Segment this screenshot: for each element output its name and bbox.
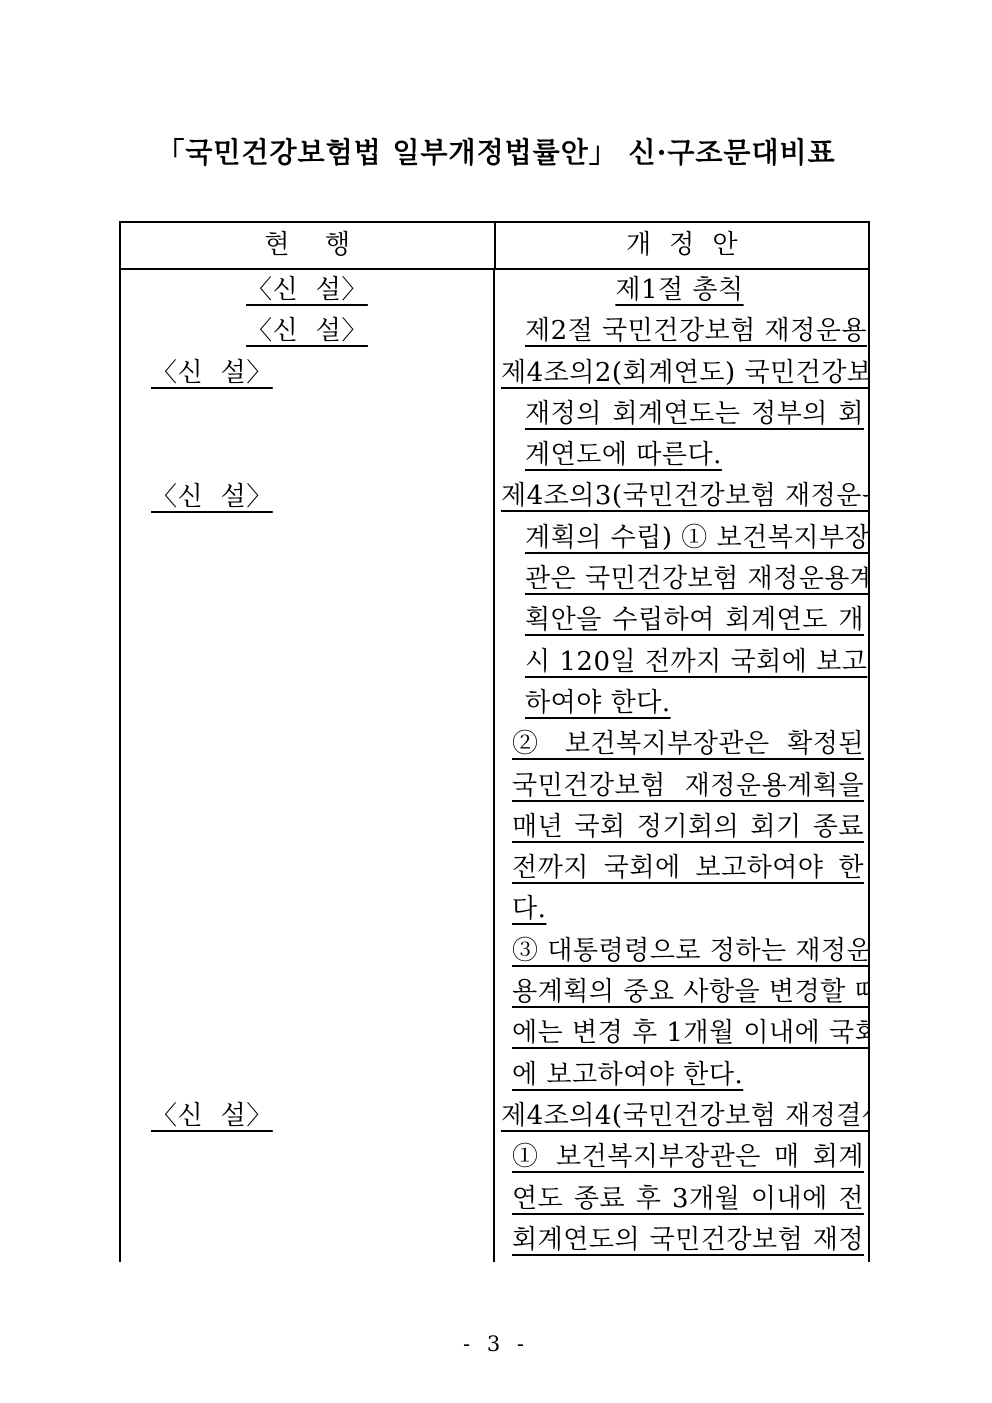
header-current-column: 현 행 (121, 223, 496, 268)
amendment-text-line: ① 보건복지부장관은 매 회계 (495, 1137, 868, 1178)
new-provision-marker: 〈신 설〉 (121, 270, 493, 311)
amendment-text-line: 하여야 한다. (495, 683, 868, 724)
amendment-text-line: 매년 국회 정기회의 회기 종료 (495, 807, 868, 848)
amendment-text-line: 국민건강보험 재정운용계획을 (495, 766, 868, 807)
comparison-table: 현 행 개 정 안 〈신 설〉〈신 설〉〈신 설〉〈신 설〉〈신 설〉 제1절 … (119, 221, 870, 1262)
amendment-text-line: 획안을 수립하여 회계연도 개 (495, 600, 868, 641)
amendment-text-line: 관은 국민건강보험 재정운용계 (495, 559, 868, 600)
amendment-text-line: 제2절 국민건강보험 재정운용 (495, 311, 868, 352)
amendment-text-line: ③ 대통령령으로 정하는 재정운 (495, 931, 868, 972)
amendment-text-line: 용계획의 중요 사항을 변경할 때 (495, 972, 868, 1013)
new-provision-marker: 〈신 설〉 (121, 1096, 493, 1137)
new-provision-marker: 〈신 설〉 (121, 353, 493, 394)
amendment-text-line: 에 보고하여야 한다. (495, 1055, 868, 1096)
document-title: 「국민건강보험법 일부개정법률안」 신·구조문대비표 (0, 131, 992, 171)
table-header-row: 현 행 개 정 안 (121, 223, 868, 270)
amendment-text-line: 시 120일 전까지 국회에 보고 (495, 642, 868, 683)
new-provision-marker: 〈신 설〉 (121, 477, 493, 518)
amendment-text-line: 제4조의3(국민건강보험 재정운용 (495, 476, 868, 517)
header-amendment-column: 개 정 안 (496, 223, 868, 268)
amendment-text-line: 전까지 국회에 보고하여야 한 (495, 848, 868, 889)
amendment-column: 제1절 총칙제2절 국민건강보험 재정운용제4조의2(회계연도) 국민건강보험재… (495, 270, 868, 1262)
current-column: 〈신 설〉〈신 설〉〈신 설〉〈신 설〉〈신 설〉 (121, 270, 495, 1262)
amendment-text-line: 재정의 회계연도는 정부의 회 (495, 394, 868, 435)
new-provision-marker: 〈신 설〉 (121, 311, 493, 352)
amendment-text-line: 제1절 총칙 (495, 270, 868, 311)
amendment-text-line: 계획의 수립) ① 보건복지부장 (495, 518, 868, 559)
amendment-text-line: ② 보건복지부장관은 확정된 (495, 724, 868, 765)
table-body: 〈신 설〉〈신 설〉〈신 설〉〈신 설〉〈신 설〉 제1절 총칙제2절 국민건강… (121, 270, 868, 1262)
amendment-text-line: 제4조의4(국민건강보험 재정결산) (495, 1096, 868, 1137)
amendment-text-line: 회계연도의 국민건강보험 재정 (495, 1220, 868, 1261)
amendment-text-line: 연도 종료 후 3개월 이내에 전 (495, 1179, 868, 1220)
amendment-text-line: 에는 변경 후 1개월 이내에 국회 (495, 1013, 868, 1054)
amendment-text-line: 다. (495, 889, 868, 930)
amendment-text-line: 제4조의2(회계연도) 국민건강보험 (495, 353, 868, 394)
amendment-text-line: 계연도에 따른다. (495, 435, 868, 476)
page-number: - 3 - (0, 1332, 992, 1356)
